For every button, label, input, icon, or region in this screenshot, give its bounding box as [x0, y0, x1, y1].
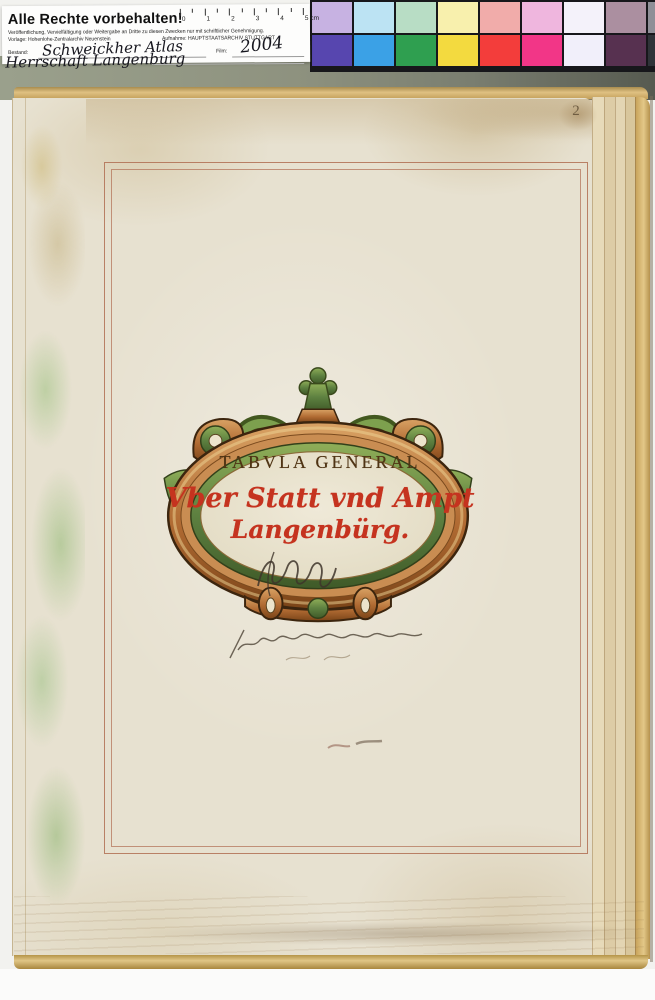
archive-copyright-label: Alle Rechte vorbehalten! Veröffentlichun…: [2, 4, 310, 64]
ruler-tick-label: 4: [280, 15, 284, 22]
color-swatch: [354, 35, 394, 66]
book-edge-shadow: [650, 96, 653, 962]
ruler-tick-major: [229, 8, 230, 15]
ruler-tick-label: 3: [256, 15, 260, 22]
color-swatch-column: [438, 2, 478, 70]
color-swatch: [606, 2, 646, 33]
cartouche-title-line2: Vber Statt vnd Ampt: [160, 483, 480, 514]
ruler-tick-minor: [241, 8, 242, 12]
label-title: Alle Rechte vorbehalten!: [8, 11, 183, 28]
color-swatch: [480, 35, 520, 66]
ruler-tick-label: 5 cm: [305, 15, 319, 22]
archive-scan: 2: [0, 0, 655, 1000]
book-right-page-edges: [592, 97, 650, 959]
color-swatch-column: [522, 2, 562, 70]
ink-inscription: [228, 626, 428, 668]
color-swatch: [522, 2, 562, 33]
vorlage-label: Vorlage:: [8, 37, 27, 43]
color-swatch-column: [312, 2, 352, 70]
color-swatch: [312, 35, 352, 66]
page-edge-strip: [604, 97, 615, 959]
page-edge-strip: [625, 97, 635, 959]
film-label: Film:: [216, 49, 227, 55]
color-swatch: [648, 2, 655, 33]
cartouche-title-line3: Langenbürg.: [160, 515, 480, 544]
ruler-tick-minor: [266, 8, 267, 12]
color-swatch-column: [648, 2, 655, 70]
bottom-page-edge-streaks: [14, 896, 644, 954]
ruler-tick-minor: [217, 9, 218, 13]
ruler-ticks: 012345 cm: [180, 8, 310, 26]
color-swatch-column: [606, 2, 646, 70]
ruler-tick-major: [303, 8, 304, 15]
color-swatch: [438, 2, 478, 33]
page-edge-strip: [592, 97, 604, 959]
ruler-tick-label: 2: [231, 15, 235, 22]
ruler-tick-label: 0: [182, 16, 186, 23]
color-swatch: [606, 35, 646, 66]
ruler-tick-minor: [291, 8, 292, 12]
color-swatch: [648, 35, 655, 66]
color-swatch: [438, 35, 478, 66]
color-swatch-column: [396, 2, 436, 70]
page-edge-strip: [615, 97, 625, 959]
color-swatch: [522, 35, 562, 66]
ruler-tick-major: [254, 8, 255, 15]
ruler-tick-major: [180, 9, 181, 16]
ink-smudge: [322, 732, 386, 756]
color-swatch-column: [564, 2, 604, 70]
underlying-map-page-edge: [12, 98, 85, 956]
signature-flourish: [250, 546, 340, 598]
cartouche-title-latin: TABVLA GENERAL: [160, 452, 480, 473]
color-swatch: [564, 35, 604, 66]
scanner-background: [0, 969, 655, 1000]
ruler-tick-label: 1: [206, 16, 210, 23]
ruler-tick-major: [278, 8, 279, 15]
color-swatch: [480, 2, 520, 33]
color-swatch: [564, 2, 604, 33]
page-crease-line: [25, 98, 26, 956]
color-swatch: [396, 2, 436, 33]
book-bottom-page-edges: [14, 955, 648, 969]
ruler-tick-major: [204, 9, 205, 16]
page-edge-gilt-strip: [635, 97, 650, 959]
film-handwritten-value: 2004: [239, 33, 284, 58]
color-swatch: [396, 35, 436, 66]
ruler-tick-minor: [192, 9, 193, 13]
color-calibration-chart: [310, 0, 655, 72]
color-swatch-column: [480, 2, 520, 70]
page-number: 2: [566, 103, 586, 120]
color-swatch-column: [354, 2, 394, 70]
color-swatch: [354, 2, 394, 33]
